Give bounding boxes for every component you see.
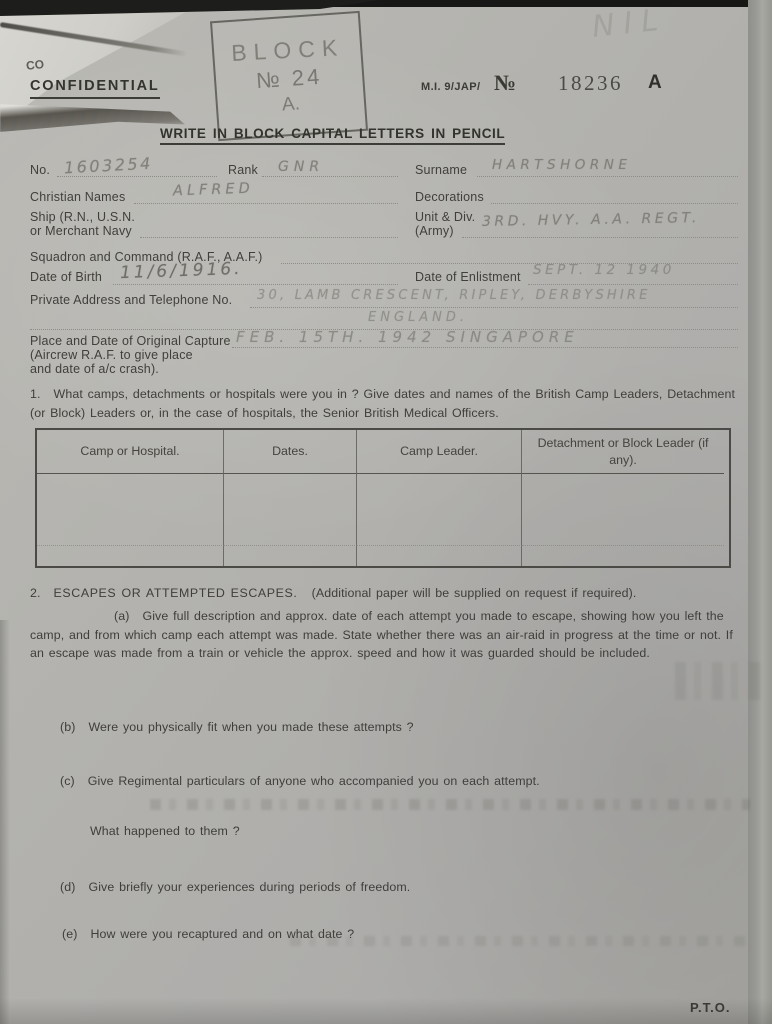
bleed-through-smudge — [290, 936, 752, 946]
camps-table-header-dates: Dates. — [224, 430, 357, 474]
form-instruction-title: WRITE IN BLOCK CAPITAL LETTERS IN PENCIL — [160, 126, 505, 145]
pto-label: P.T.O. — [690, 1000, 730, 1015]
field-rule-unit — [462, 237, 738, 238]
field-label-decorations: Decorations — [415, 190, 484, 204]
field-label-dob: Date of Birth — [30, 270, 102, 284]
pow-questionnaire-form: CO CONFIDENTIAL BLOCK № 24 A. M.I. 9/JAP… — [0, 0, 772, 1024]
field-label-address: Private Address and Telephone No. — [30, 293, 232, 307]
field-rule-ship — [140, 237, 398, 238]
camps-table-empty-cell — [37, 474, 224, 546]
question-2c-label: (c) — [60, 772, 75, 791]
field-value-no: 1603254 — [64, 154, 154, 178]
camps-table-empty-cell — [224, 546, 357, 566]
question-1-number: 1. — [30, 385, 41, 404]
field-label-ship-2: or Merchant Navy — [30, 224, 132, 238]
question-1-text: What camps, detachments or hospitals wer… — [30, 387, 735, 420]
question-2e-label: (e) — [62, 925, 77, 944]
stamp-line-number: № 24 — [255, 63, 323, 94]
question-2a-text: Give full description and approx. date o… — [30, 609, 733, 660]
field-label-ship-1: Ship (R.N., U.S.N. — [30, 210, 135, 224]
field-rule-enlistment — [528, 284, 738, 285]
stamp-line-a: A. — [281, 93, 300, 116]
camps-table-empty-cell — [357, 546, 522, 566]
field-label-capture-3: and date of a/c crash). — [30, 362, 159, 376]
field-label-rank: Rank — [228, 163, 258, 177]
question-2c-text: Give Regimental particulars of anyone wh… — [88, 774, 540, 788]
camps-table-empty-cell — [37, 546, 224, 566]
camps-table-header-leader: Camp Leader. — [357, 430, 522, 474]
field-value-rank: GNR — [278, 159, 324, 175]
field-label-enlistment: Date of Enlistment — [415, 270, 521, 284]
question-2d: (d)Give briefly your experiences during … — [60, 878, 410, 897]
classification-label: CONFIDENTIAL — [30, 78, 160, 99]
field-value-christian-names: ALFRED — [173, 181, 254, 200]
field-value-surname: HARTSHORNE — [492, 157, 631, 173]
camps-table-empty-cell — [522, 474, 724, 546]
question-2b-text: Were you physically fit when you made th… — [88, 720, 413, 734]
question-2a: (a)Give full description and approx. dat… — [30, 607, 744, 663]
field-label-surname: Surname — [415, 163, 467, 177]
mi9-reference-prefix: M.I. 9/JAP/ — [421, 81, 480, 93]
field-rule-surname — [477, 176, 738, 177]
question-1: 1.What camps, detachments or hospitals w… — [30, 385, 742, 422]
photo-left-shade — [0, 620, 10, 1024]
field-value-address-line2: ENGLAND. — [368, 310, 468, 325]
field-rule-christian-names — [134, 203, 398, 204]
field-value-capture: FEB. 15TH. 1942 SINGAPORE — [236, 328, 579, 346]
bleed-through-smudge — [150, 799, 750, 810]
question-2c-followup: What happened to them ? — [90, 822, 240, 841]
reference-suffix: A — [648, 72, 662, 94]
field-value-address: 30, LAMB CRESCENT, RIPLEY, DERBYSHIRE — [257, 288, 651, 303]
question-2-number: 2. — [30, 584, 41, 603]
question-2d-text: Give briefly your experiences during per… — [88, 880, 410, 894]
stamp-line-block: BLOCK — [230, 34, 344, 67]
adjacent-page-edge — [748, 0, 772, 1024]
field-label-capture-1: Place and Date of Original Capture — [30, 334, 231, 348]
question-2-heading: 2.ESCAPES OR ATTEMPTED ESCAPES. (Additio… — [30, 584, 742, 603]
camps-table-empty-cell — [357, 474, 522, 546]
camps-table-empty-cell — [522, 546, 724, 566]
question-2-heading-text: ESCAPES OR ATTEMPTED ESCAPES. — [54, 586, 298, 600]
field-value-unit: 3RD. HVY. A.A. REGT. — [482, 210, 700, 230]
question-2-heading-note: (Additional paper will be supplied on re… — [312, 586, 637, 600]
bleed-through-smudge — [675, 662, 760, 700]
reference-number: 18236 — [558, 71, 623, 96]
field-label-unit-1: Unit & Div. — [415, 210, 475, 224]
field-rule-capture — [232, 347, 738, 348]
camps-table-header-detachment: Detachment or Block Leader (if any). — [522, 430, 724, 474]
field-rule-decorations — [491, 203, 738, 204]
camps-table-empty-cell — [224, 474, 357, 546]
field-label-no: No. — [30, 163, 50, 177]
question-2d-label: (d) — [60, 878, 75, 897]
field-rule-rank — [262, 176, 398, 177]
photo-bottom-shade — [0, 998, 772, 1024]
field-value-enlistment: SEPT. 12 1940 — [533, 262, 675, 278]
field-rule-dob — [113, 284, 398, 285]
pencil-nil-note: NIL — [590, 2, 668, 45]
question-2b: (b)Were you physically fit when you made… — [60, 718, 414, 737]
camps-table: Camp or Hospital. Dates. Camp Leader. De… — [35, 428, 731, 568]
question-2b-label: (b) — [60, 718, 75, 737]
field-label-christian-names: Christian Names — [30, 190, 125, 204]
block-number-stamp: BLOCK № 24 A. — [210, 11, 368, 141]
camps-table-header-camp: Camp or Hospital. — [37, 430, 224, 474]
question-2c: (c)Give Regimental particulars of anyone… — [60, 772, 540, 791]
field-rule-address-1 — [250, 307, 738, 308]
field-value-dob: 11/6/1916. — [120, 259, 243, 283]
reference-no-symbol: № — [494, 70, 516, 96]
question-2a-label: (a) — [72, 607, 129, 626]
field-label-unit-2: (Army) — [415, 224, 454, 238]
torn-text-fragment: CO — [25, 57, 44, 73]
field-label-capture-2: (Aircrew R.A.F. to give place — [30, 348, 193, 362]
